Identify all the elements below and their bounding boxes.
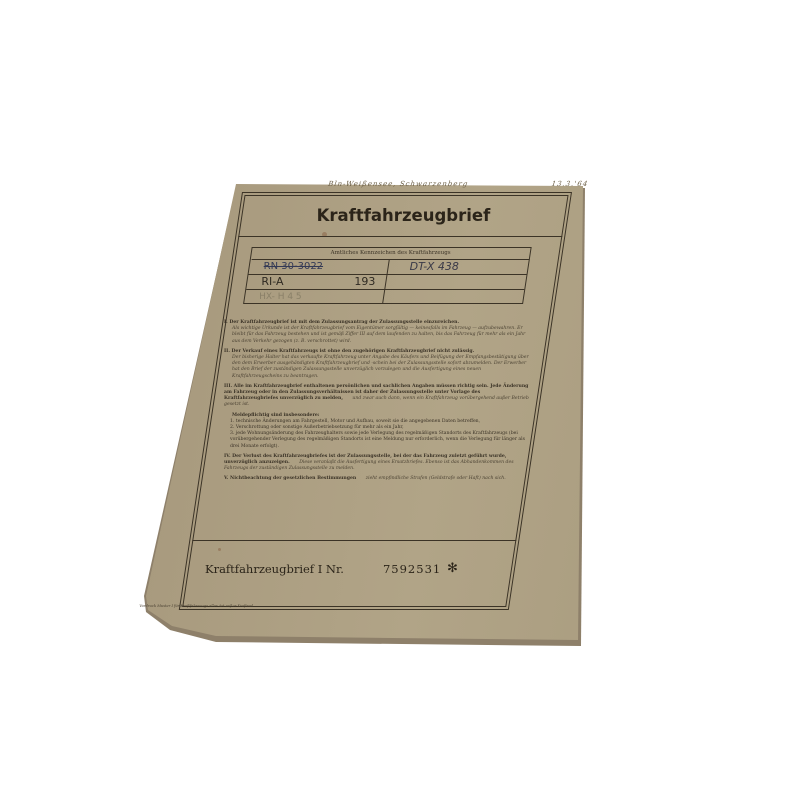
title-divider bbox=[238, 236, 562, 237]
rule-2: II. Der Verkauf eines Kraftfahrzeugs ist… bbox=[224, 349, 532, 380]
document-title: Kraftfahrzeugbrief bbox=[248, 206, 558, 225]
license-plate-table: Amtliches Kennzeichen des Kraftfahrzeugs… bbox=[243, 247, 532, 304]
plate-table-header: Amtliches Kennzeichen des Kraftfahrzeugs bbox=[252, 248, 530, 260]
plate-row: RN 30-3022 DT-X 438 bbox=[248, 260, 528, 275]
regulations-text: I. Der Kraftfahrzeugbrief ist mit dem Zu… bbox=[224, 320, 532, 487]
handwritten-note: Bln-Weißensee, Schwarzenberg 13.3.'64 bbox=[328, 180, 589, 188]
document-body: Bln-Weißensee, Schwarzenberg 13.3.'64 Kr… bbox=[153, 192, 566, 610]
document-number-line: Kraftfahrzeugbrief I Nr. 7592531 ✻ bbox=[205, 562, 505, 576]
plate-row: HX- H 4 5 bbox=[244, 290, 524, 304]
rule-5: V. Nichtbeachtung der gesetzlichen Besti… bbox=[224, 476, 532, 482]
faint-plate: HX- H 4 5 bbox=[259, 290, 302, 304]
document-number: 7592531 bbox=[383, 562, 441, 576]
plate-prefix: RI-A bbox=[261, 275, 283, 289]
plate-number: 193 bbox=[354, 275, 375, 289]
handwritten-location: Bln-Weißensee, Schwarzenberg bbox=[328, 180, 469, 188]
reporting-obligations: Meldepflichtig sind insbesondere: 1. tec… bbox=[224, 413, 532, 450]
handwritten-date: 13.3.'64 bbox=[551, 180, 589, 188]
rule-1: I. Der Kraftfahrzeugbrief ist mit dem Zu… bbox=[224, 320, 532, 345]
rule-4: IV. Der Verlust des Kraftfahrzeugbriefes… bbox=[224, 454, 532, 473]
footer-print-note: Vordruck Muster I für Kraftfahrzeuge all… bbox=[139, 604, 253, 608]
old-plate-struck: RN 30-3022 bbox=[264, 260, 323, 274]
rule-3: III. Alle im Kraftfahrzeugbrief enthalte… bbox=[224, 384, 532, 409]
asterisk-mark-icon: ✻ bbox=[447, 561, 458, 576]
current-plate: DT-X 438 bbox=[410, 260, 459, 274]
document-number-label: Kraftfahrzeugbrief I Nr. bbox=[205, 562, 344, 576]
number-section-divider bbox=[192, 540, 516, 541]
plate-row: RI-A 193 bbox=[246, 275, 526, 290]
